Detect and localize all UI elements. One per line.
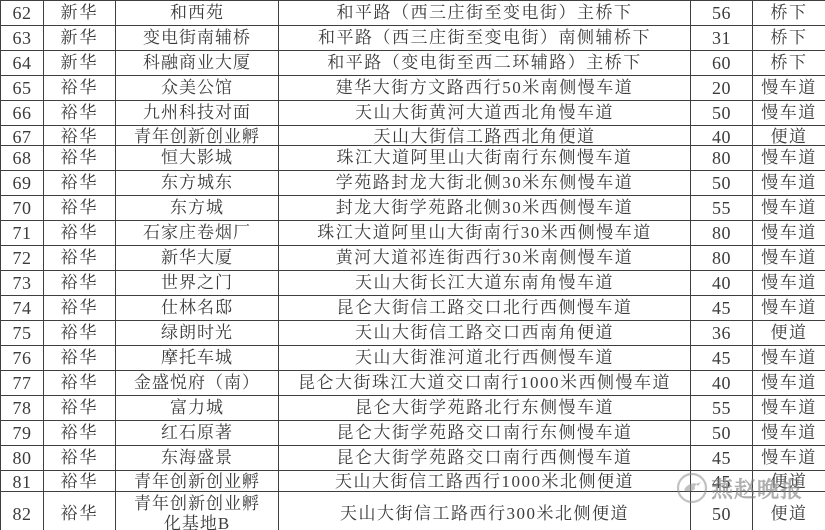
district-cell: 裕华	[44, 171, 116, 196]
serial-number-cell: 78	[1, 396, 44, 421]
location-description-cell: 天山大街淮河道北行西侧慢车道	[279, 346, 691, 371]
district-cell: 裕华	[44, 446, 116, 471]
space-count-cell: 80	[691, 221, 753, 246]
space-type-cell: 便道	[753, 321, 825, 346]
district-cell: 裕华	[44, 421, 116, 446]
site-name-cell: 和西苑	[116, 1, 279, 26]
district-cell: 裕华	[44, 101, 116, 126]
table-row: 68 裕华 恒大影城 珠江大道阿里山大街南行东侧慢车道 80 慢车道	[1, 146, 825, 171]
space-count-cell: 45	[691, 471, 753, 492]
location-description-cell: 昆仑大街学苑路北行东侧慢车道	[279, 396, 691, 421]
district-cell: 新华	[44, 51, 116, 76]
serial-number-cell: 64	[1, 51, 44, 76]
site-name-cell: 富力城	[116, 396, 279, 421]
district-cell: 新华	[44, 26, 116, 51]
site-name-cell: 九州科技对面	[116, 101, 279, 126]
space-count-cell: 60	[691, 51, 753, 76]
table-row: 70 裕华 东方城 封龙大街学苑路北侧30米西侧慢车道 55 慢车道	[1, 196, 825, 221]
site-name-cell: 青年创新创业孵	[116, 126, 279, 146]
location-description-cell: 天山大街信工路交口西南角便道	[279, 321, 691, 346]
table-row: 69 裕华 东方城东 学苑路封龙大街北侧30米东侧慢车道 50 慢车道	[1, 171, 825, 196]
site-name-cell: 世界之门	[116, 271, 279, 296]
space-type-cell: 便道	[753, 471, 825, 492]
space-type-cell: 便道	[753, 126, 825, 146]
site-name-cell: 青年创新创业孵	[116, 471, 279, 492]
district-cell: 裕华	[44, 396, 116, 421]
serial-number-cell: 77	[1, 371, 44, 396]
table-row: 78 裕华 富力城 昆仑大街学苑路北行东侧慢车道 55 慢车道	[1, 396, 825, 421]
table-row: 77 裕华 金盛悦府（南） 昆仑大街珠江大道交口南行1000米西侧慢车道 40 …	[1, 371, 825, 396]
district-cell: 裕华	[44, 492, 116, 530]
location-description-cell: 封龙大街学苑路北侧30米西侧慢车道	[279, 196, 691, 221]
space-type-cell: 慢车道	[753, 421, 825, 446]
location-description-cell: 昆仑大街学苑路交口南行西侧慢车道	[279, 446, 691, 471]
table-row: 74 裕华 仕林名邸 昆仑大街信工路交口北行西侧慢车道 45 慢车道	[1, 296, 825, 321]
site-name-cell: 新华大厦	[116, 246, 279, 271]
table-row: 82 裕华 青年创新创业孵化基地B 天山大街信工路西行300米北侧便道 50 便…	[1, 492, 825, 530]
location-description-cell: 昆仑大街珠江大道交口南行1000米西侧慢车道	[279, 371, 691, 396]
space-type-cell: 慢车道	[753, 221, 825, 246]
space-type-cell: 慢车道	[753, 76, 825, 101]
location-description-cell: 天山大街信工路西行1000米北侧便道	[279, 471, 691, 492]
space-type-cell: 桥下	[753, 1, 825, 26]
serial-number-cell: 69	[1, 171, 44, 196]
space-count-cell: 50	[691, 421, 753, 446]
table-row: 81 裕华 青年创新创业孵 天山大街信工路西行1000米北侧便道 45 便道	[1, 471, 825, 492]
site-name-cell: 绿朗时光	[116, 321, 279, 346]
district-cell: 裕华	[44, 271, 116, 296]
district-cell: 裕华	[44, 76, 116, 101]
space-type-cell: 慢车道	[753, 171, 825, 196]
serial-number-cell: 72	[1, 246, 44, 271]
space-count-cell: 20	[691, 76, 753, 101]
serial-number-cell: 71	[1, 221, 44, 246]
district-cell: 裕华	[44, 321, 116, 346]
location-description-cell: 学苑路封龙大街北侧30米东侧慢车道	[279, 171, 691, 196]
location-description-cell: 天山大街信工路西行300米北侧便道	[279, 492, 691, 530]
table-row: 80 裕华 东海盛景 昆仑大街学苑路交口南行西侧慢车道 45 慢车道	[1, 446, 825, 471]
space-count-cell: 80	[691, 246, 753, 271]
table-row: 71 裕华 石家庄卷烟厂 珠江大道阿里山大街南行30米西侧慢车道 80 慢车道	[1, 221, 825, 246]
space-type-cell: 慢车道	[753, 296, 825, 321]
site-name-cell: 红石原著	[116, 421, 279, 446]
space-count-cell: 50	[691, 171, 753, 196]
serial-number-cell: 82	[1, 492, 44, 530]
space-type-cell: 慢车道	[753, 446, 825, 471]
space-type-cell: 慢车道	[753, 246, 825, 271]
space-type-cell: 慢车道	[753, 146, 825, 171]
location-description-cell: 天山大街黄河大道西北角慢车道	[279, 101, 691, 126]
space-count-cell: 55	[691, 196, 753, 221]
location-description-cell: 珠江大道阿里山大街南行东侧慢车道	[279, 146, 691, 171]
location-description-cell: 和平路（变电街至西二环辅路）主桥下	[279, 51, 691, 76]
space-type-cell: 慢车道	[753, 371, 825, 396]
space-count-cell: 36	[691, 321, 753, 346]
space-type-cell: 慢车道	[753, 346, 825, 371]
space-count-cell: 40	[691, 271, 753, 296]
space-type-cell: 慢车道	[753, 396, 825, 421]
site-name-cell: 东方城东	[116, 171, 279, 196]
space-type-cell: 桥下	[753, 26, 825, 51]
location-description-cell: 天山大街长江大道东南角慢车道	[279, 271, 691, 296]
location-description-cell: 天山大街信工路西北角便道	[279, 126, 691, 146]
serial-number-cell: 68	[1, 146, 44, 171]
site-name-cell: 仕林名邸	[116, 296, 279, 321]
district-cell: 裕华	[44, 126, 116, 146]
district-cell: 裕华	[44, 296, 116, 321]
site-name-cell: 摩托车城	[116, 346, 279, 371]
location-description-cell: 建华大街方文路西行50米南侧慢车道	[279, 76, 691, 101]
space-count-cell: 45	[691, 446, 753, 471]
table-row: 62 新华 和西苑 和平路（西三庄街至变电街）主桥下 56 桥下	[1, 1, 825, 26]
table-row: 63 新华 变电街南辅桥 和平路（西三庄街至变电街）南侧辅桥下 31 桥下	[1, 26, 825, 51]
serial-number-cell: 74	[1, 296, 44, 321]
space-count-cell: 50	[691, 492, 753, 530]
table-row: 79 裕华 红石原著 昆仑大街学苑路交口南行东侧慢车道 50 慢车道	[1, 421, 825, 446]
serial-number-cell: 75	[1, 321, 44, 346]
site-name-cell: 石家庄卷烟厂	[116, 221, 279, 246]
location-description-cell: 珠江大道阿里山大街南行30米西侧慢车道	[279, 221, 691, 246]
space-count-cell: 40	[691, 371, 753, 396]
space-count-cell: 55	[691, 396, 753, 421]
serial-number-cell: 76	[1, 346, 44, 371]
table-row: 73 裕华 世界之门 天山大街长江大道东南角慢车道 40 慢车道	[1, 271, 825, 296]
space-count-cell: 45	[691, 296, 753, 321]
location-description-cell: 昆仑大街信工路交口北行西侧慢车道	[279, 296, 691, 321]
serial-number-cell: 65	[1, 76, 44, 101]
site-name-cell: 科融商业大厦	[116, 51, 279, 76]
parking-spaces-table: 62 新华 和西苑 和平路（西三庄街至变电街）主桥下 56 桥下 63 新华 变…	[0, 0, 825, 530]
table-row: 65 裕华 众美公馆 建华大街方文路西行50米南侧慢车道 20 慢车道	[1, 76, 825, 101]
site-name-cell: 东海盛景	[116, 446, 279, 471]
site-name-cell: 青年创新创业孵化基地B	[116, 492, 279, 530]
district-cell: 裕华	[44, 371, 116, 396]
site-name-cell: 恒大影城	[116, 146, 279, 171]
serial-number-cell: 81	[1, 471, 44, 492]
space-type-cell: 慢车道	[753, 271, 825, 296]
scanned-table-page: 62 新华 和西苑 和平路（西三庄街至变电街）主桥下 56 桥下 63 新华 变…	[0, 0, 825, 530]
serial-number-cell: 80	[1, 446, 44, 471]
space-type-cell: 慢车道	[753, 196, 825, 221]
space-count-cell: 40	[691, 126, 753, 146]
site-name-cell: 众美公馆	[116, 76, 279, 101]
space-type-cell: 便道	[753, 492, 825, 530]
space-count-cell: 31	[691, 26, 753, 51]
site-name-cell: 金盛悦府（南）	[116, 371, 279, 396]
space-count-cell: 50	[691, 101, 753, 126]
space-count-cell: 56	[691, 1, 753, 26]
district-cell: 裕华	[44, 471, 116, 492]
site-name-cell: 变电街南辅桥	[116, 26, 279, 51]
table-row: 76 裕华 摩托车城 天山大街淮河道北行西侧慢车道 45 慢车道	[1, 346, 825, 371]
district-cell: 裕华	[44, 221, 116, 246]
serial-number-cell: 79	[1, 421, 44, 446]
location-description-cell: 和平路（西三庄街至变电街）南侧辅桥下	[279, 26, 691, 51]
district-cell: 新华	[44, 1, 116, 26]
space-count-cell: 45	[691, 346, 753, 371]
district-cell: 裕华	[44, 346, 116, 371]
serial-number-cell: 66	[1, 101, 44, 126]
table-row: 67 裕华 青年创新创业孵 天山大街信工路西北角便道 40 便道	[1, 126, 825, 146]
location-description-cell: 昆仑大街学苑路交口南行东侧慢车道	[279, 421, 691, 446]
serial-number-cell: 70	[1, 196, 44, 221]
site-name-cell: 东方城	[116, 196, 279, 221]
location-description-cell: 和平路（西三庄街至变电街）主桥下	[279, 1, 691, 26]
serial-number-cell: 67	[1, 126, 44, 146]
space-type-cell: 桥下	[753, 51, 825, 76]
table-row: 72 裕华 新华大厦 黄河大道祁连街西行30米南侧慢车道 80 慢车道	[1, 246, 825, 271]
district-cell: 裕华	[44, 146, 116, 171]
table-row: 75 裕华 绿朗时光 天山大街信工路交口西南角便道 36 便道	[1, 321, 825, 346]
space-type-cell: 慢车道	[753, 101, 825, 126]
district-cell: 裕华	[44, 196, 116, 221]
location-description-cell: 黄河大道祁连街西行30米南侧慢车道	[279, 246, 691, 271]
serial-number-cell: 63	[1, 26, 44, 51]
space-count-cell: 80	[691, 146, 753, 171]
table-row: 66 裕华 九州科技对面 天山大街黄河大道西北角慢车道 50 慢车道	[1, 101, 825, 126]
serial-number-cell: 73	[1, 271, 44, 296]
table-row: 64 新华 科融商业大厦 和平路（变电街至西二环辅路）主桥下 60 桥下	[1, 51, 825, 76]
serial-number-cell: 62	[1, 1, 44, 26]
district-cell: 裕华	[44, 246, 116, 271]
